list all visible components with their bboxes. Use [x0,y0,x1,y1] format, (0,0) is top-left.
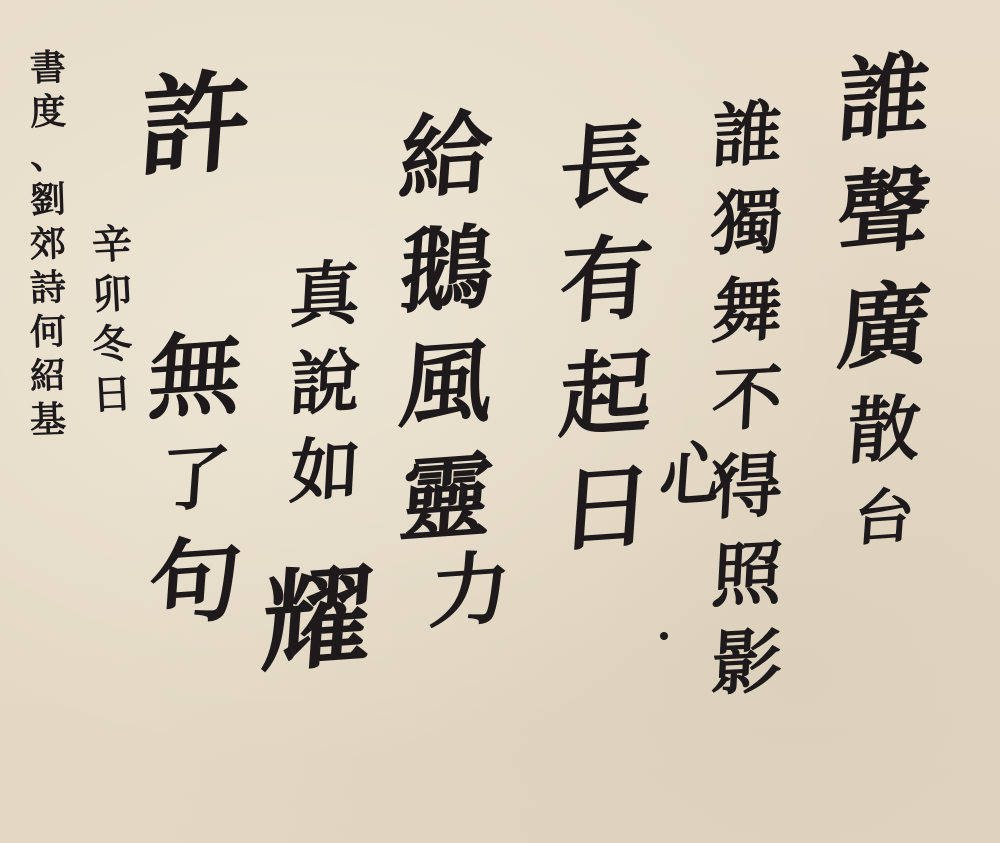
column-5-tail: 耀 [262,565,372,697]
glyph: 鵝 [396,221,495,319]
glyph: 舞 [710,274,784,348]
glyph: 給 [396,107,495,205]
glyph: 聲 [834,163,933,261]
glyph: 了 [157,442,232,517]
inscription-date: 辛 卯 冬 日 [92,225,132,425]
glyph: 卯 [91,274,133,316]
glyph: 說 [288,346,362,420]
glyph: 無 [145,327,244,425]
glyph: 基 [29,401,66,438]
column-4: 給 鵝 風 靈 [400,110,492,566]
glyph: 誰 [834,49,933,147]
glyph: 長 [556,117,655,215]
glyph: 耀 [258,561,377,678]
glyph: 真 [288,258,362,332]
glyph: 力 [427,547,513,632]
glyph: 誰 [710,98,784,172]
column-1: 誰 聲 廣 散 台 [838,52,930,570]
glyph: 紹 [29,357,66,394]
glyph: 獨 [710,186,784,260]
glyph: 散 [845,392,923,469]
ink-dot [660,632,668,640]
glyph: 書 [29,49,66,86]
glyph: 冬 [91,324,133,366]
glyph: 照 [710,538,784,612]
column-5: 真 說 如 [290,260,360,524]
glyph: 日 [556,459,655,557]
glyph: 如 [288,434,362,508]
glyph: 廣 [834,277,933,375]
signature-column: 書 度 、 劉 郊 詩 何 紹 基 [30,50,66,446]
glyph: 、 [29,137,66,174]
glyph: 不 [710,362,784,436]
glyph: 影 [710,626,784,700]
glyph: 心 [657,438,732,513]
glyph: 靈 [396,449,495,547]
glyph: 辛 [91,224,133,266]
glyph: 風 [396,335,495,433]
glyph: 劉 [29,181,66,218]
glyph: 句 [145,533,244,631]
glyph: 何 [29,313,66,350]
glyph: 詩 [29,269,66,306]
column-3: 長 有 起 日 [560,120,652,576]
calligraphy-paper: 誰 聲 廣 散 台 誰 獨 舞 不 得 照 影 長 有 起 日 心 給 鵝 風 … [0,0,1000,843]
glyph: 有 [556,231,655,329]
column-6: 許 無 了 句 [140,70,250,650]
glyph: 郊 [29,225,66,262]
column-3-tail: 心 [660,440,730,532]
glyph: 許 [136,66,255,183]
glyph: 度 [29,93,66,130]
glyph: 日 [91,374,133,416]
column-2: 誰 獨 舞 不 得 照 影 [712,100,782,716]
glyph: 台 [852,486,917,550]
glyph: 起 [556,345,655,443]
column-4-tail: 力 [430,550,510,652]
